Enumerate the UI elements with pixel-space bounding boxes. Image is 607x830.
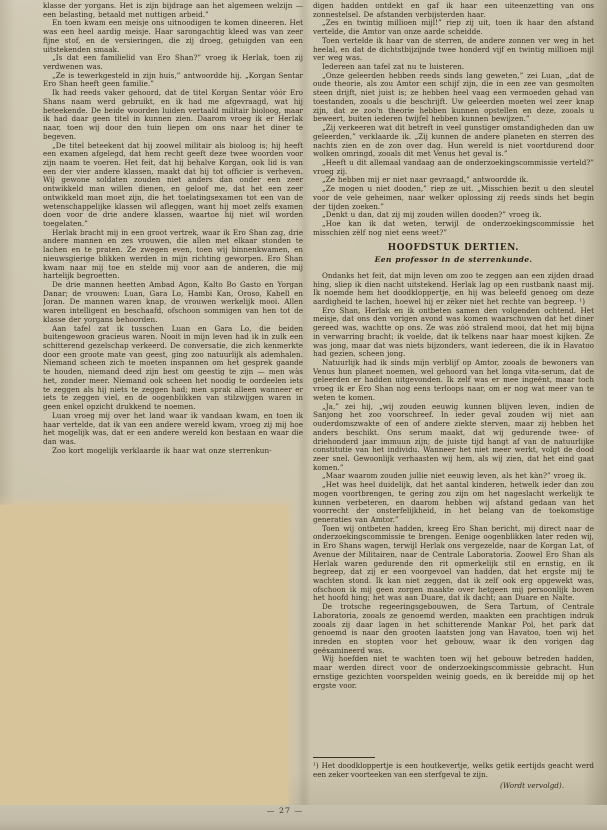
paragraph: „Zes en twintig millioen mijl!” riep zij… xyxy=(313,19,594,36)
paragraph: „Is dat een familielid van Ero Shan?” vr… xyxy=(43,54,303,71)
footnote-text: ¹) Het doodkloppertje is een houtkevertj… xyxy=(313,762,594,780)
right-column-bottom-paragraphs: Ondanks het feit, dat mijn leven om zoo … xyxy=(313,272,594,691)
paragraph: Toen wij ontbeten hadden, kreeg Ero Shan… xyxy=(313,525,594,603)
paragraph: digen hadden ontdekt en gaf ik haar een … xyxy=(313,2,594,19)
paragraph: De trotsche regeeringsgebouwen, de Sera … xyxy=(313,603,594,655)
paragraph: De drie mannen heetten Ambad Agon, Kalto… xyxy=(43,281,303,325)
paragraph: Wij hoefden niet te wachten toen wij het… xyxy=(313,655,594,690)
page-number: — 27 — xyxy=(225,806,345,815)
paragraph: „Ja,” zei hij, „wij zouden eeuwig kunnen… xyxy=(313,403,594,473)
paragraph: „Ze is tewerkgesteld in zijn huis,” antw… xyxy=(43,72,303,89)
chapter-heading: HOOFDSTUK DERTIEN. xyxy=(313,244,594,253)
paragraph: Zoo kort mogelijk verklaarde ik haar wat… xyxy=(43,447,303,456)
paragraph: Luan vroeg mij over het land waar ik van… xyxy=(43,412,303,447)
scan-page: klasse der yorgans. Het is zijn bijdrage… xyxy=(0,0,607,830)
continuation-note: (Wordt vervolgd). xyxy=(313,782,564,791)
paragraph: „De titel beteekent dat hij zoowel milit… xyxy=(43,142,303,229)
paragraph: „Zij verkeeren wat dit betreft in veel g… xyxy=(313,124,594,159)
paragraph: Ik had reeds vaker gehoord, dat de titel… xyxy=(43,89,303,141)
paragraph: „Hoe kan ik dat weten, terwijl de onderz… xyxy=(313,220,594,237)
paragraph: klasse der yorgans. Het is zijn bijdrage… xyxy=(43,2,303,19)
footnote-block: ¹) Het doodkloppertje is een houtkevertj… xyxy=(313,757,594,791)
footnote-rule xyxy=(313,757,375,758)
paragraph: „Heeft u dit allemaal vandaag aan de ond… xyxy=(313,159,594,176)
paragraph: En toen kwam een meisje ons uitnoodigen … xyxy=(43,19,303,54)
paragraph: Natuurlijk had ik sinds mijn verblijf op… xyxy=(313,359,594,403)
paragraph: Ondanks het feit, dat mijn leven om zoo … xyxy=(313,272,594,307)
paragraph: „Ze mogen u niet dooden,” riep ze uit. „… xyxy=(313,185,594,211)
paragraph: Aan tafel zat ik tusschen Luan en Gara L… xyxy=(43,325,303,412)
paragraph: Toen vertelde ik haar van de sterren, de… xyxy=(313,37,594,63)
paragraph: Herlak bracht mij in een groot vertrek, … xyxy=(43,229,303,281)
chapter-subheading: Een professor in de sterrenkunde. xyxy=(313,256,594,265)
paragraph: „Het was heel duidelijk, dat het aantal … xyxy=(313,481,594,525)
paragraph: „Onze geleerden hebben reeds sinds lang … xyxy=(313,72,594,124)
blank-paper-area xyxy=(0,505,288,807)
right-column: digen hadden ontdekt en gaf ik haar een … xyxy=(313,2,594,758)
left-column: klasse der yorgans. Het is zijn bijdrage… xyxy=(43,2,303,502)
paragraph: Ero Shan, Herlak en ik ontbeten samen de… xyxy=(313,307,594,359)
right-column-top-paragraphs: digen hadden ontdekt en gaf ik haar een … xyxy=(313,2,594,237)
